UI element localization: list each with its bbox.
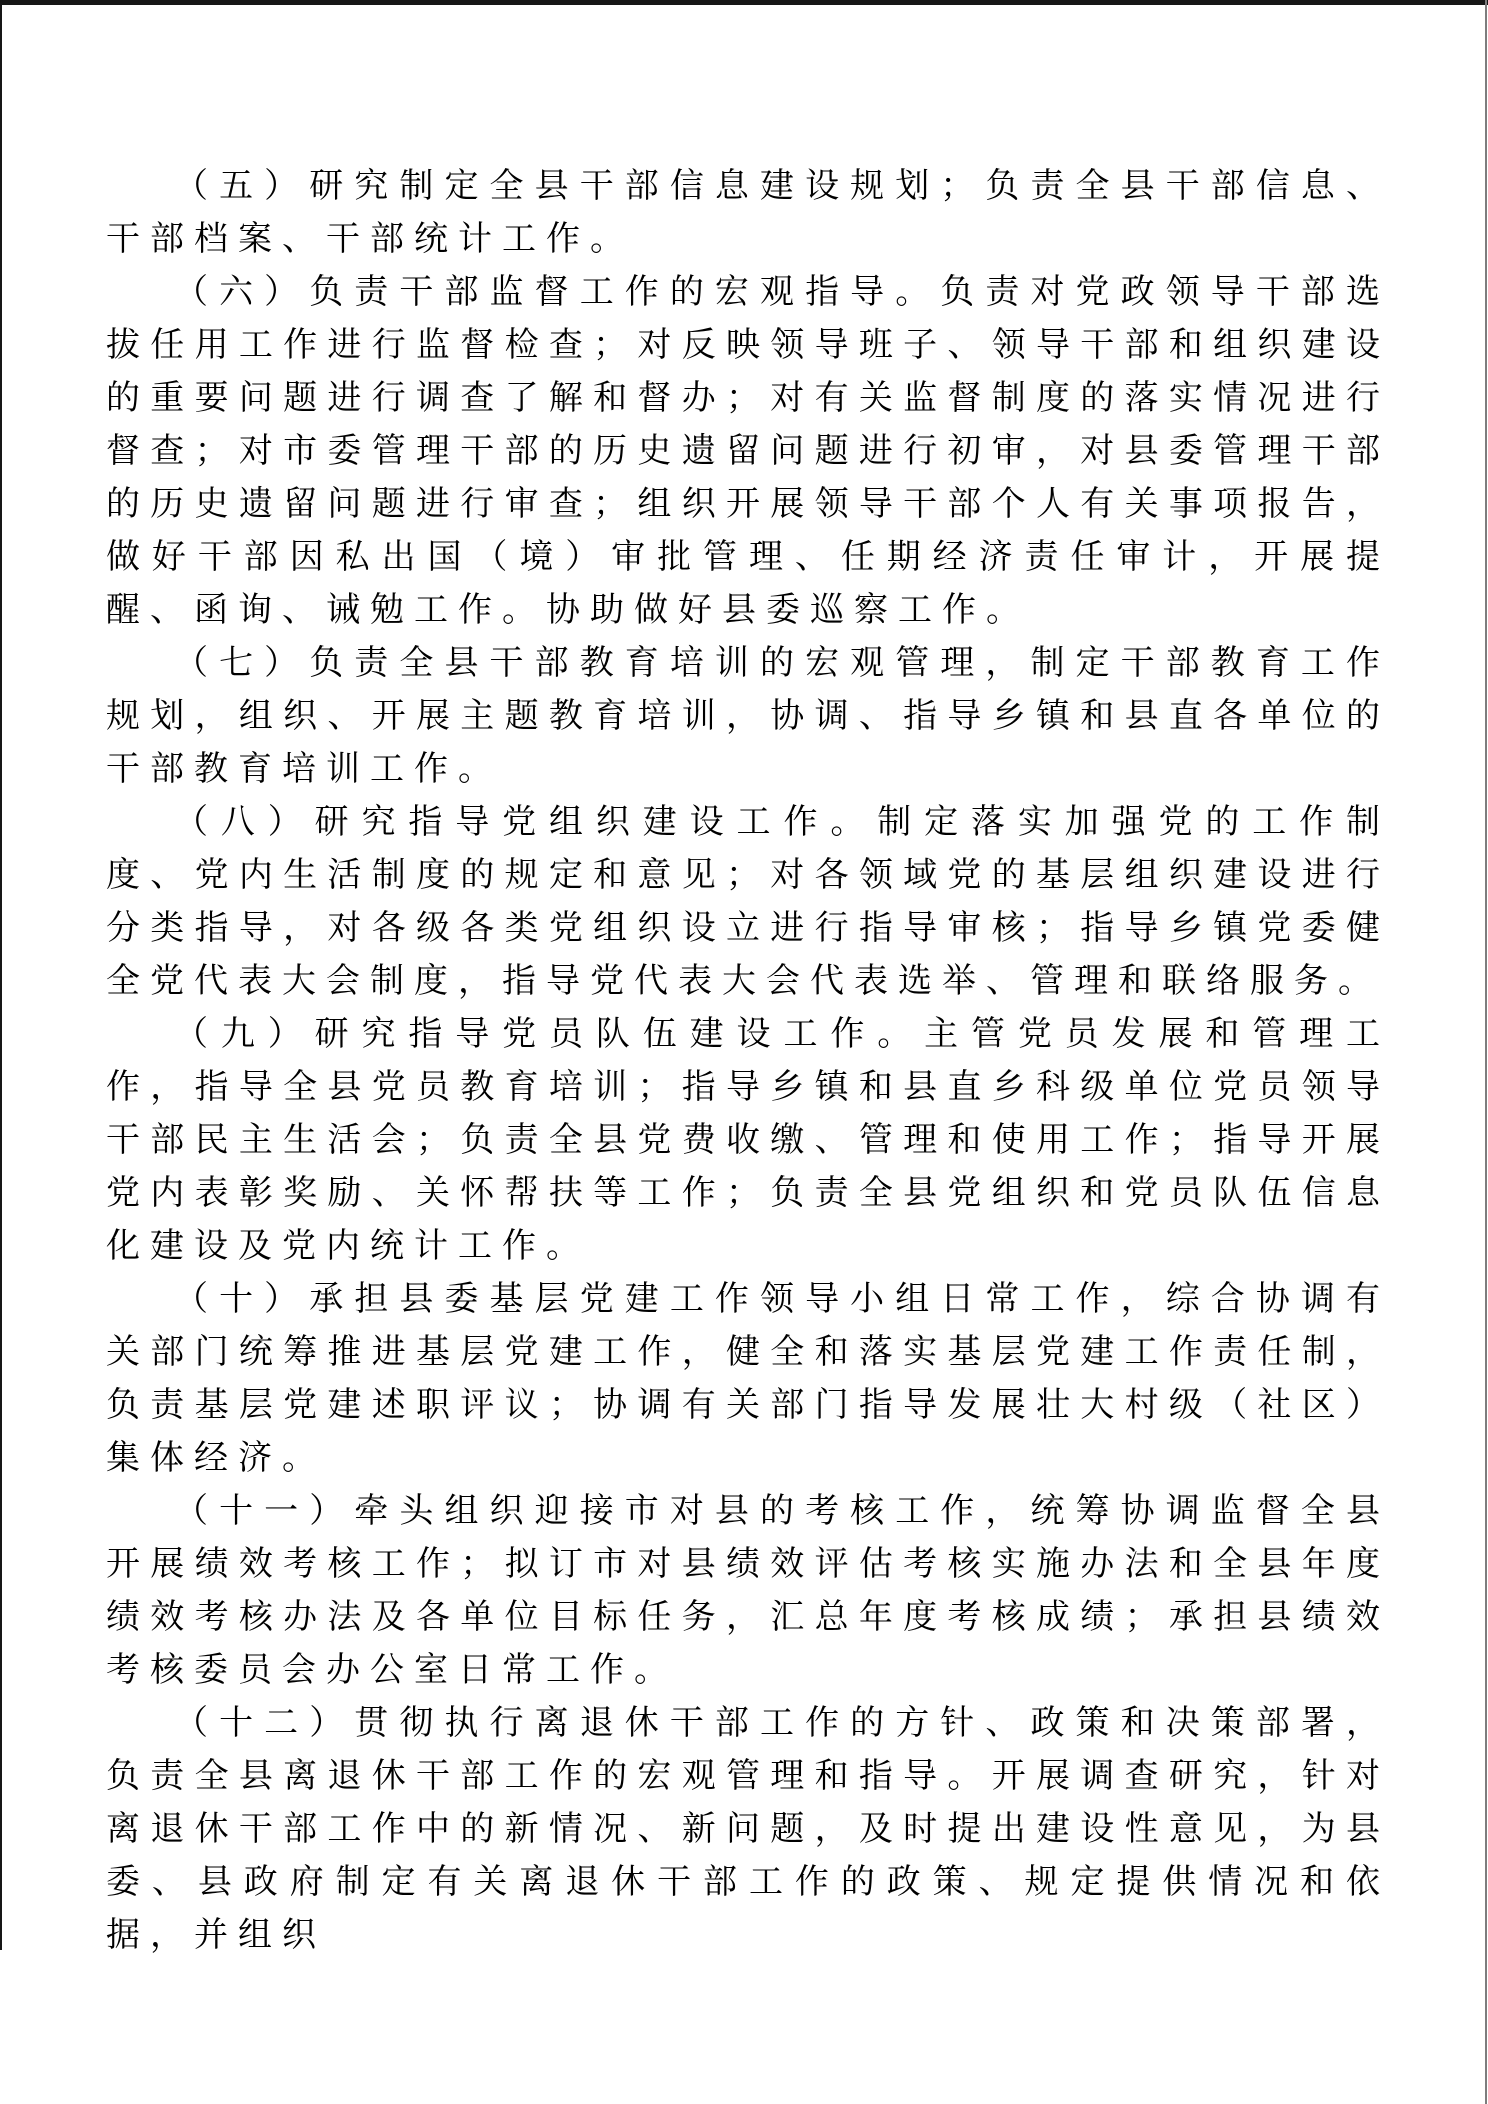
paragraph-item-11: （十一）牵头组织迎接市对县的考核工作，统筹协调监督全县开展绩效考核工作；拟订市对… [106,1485,1390,1697]
paragraph-item-8: （八）研究指导党组织建设工作。制定落实加强党的工作制度、党内生活制度的规定和意见… [106,796,1390,1008]
document-body: （五）研究制定全县干部信息建设规划；负责全县干部信息、干部档案、干部统计工作。 … [106,160,1390,1962]
paragraph-item-6: （六）负责干部监督工作的宏观指导。负责对党政领导干部选拔任用工作进行监督检查；对… [106,266,1390,637]
document-page: （五）研究制定全县干部信息建设规划；负责全县干部信息、干部档案、干部统计工作。 … [0,0,1488,2104]
page-left-edge [0,0,2,1950]
paragraph-item-10: （十）承担县委基层党建工作领导小组日常工作，综合协调有关部门统筹推进基层党建工作… [106,1273,1390,1485]
paragraph-item-9: （九）研究指导党员队伍建设工作。主管党员发展和管理工作，指导全县党员教育培训；指… [106,1008,1390,1273]
paragraph-item-7: （七）负责全县干部教育培训的宏观管理，制定干部教育工作规划，组织、开展主题教育培… [106,637,1390,796]
paragraph-item-5: （五）研究制定全县干部信息建设规划；负责全县干部信息、干部档案、干部统计工作。 [106,160,1390,266]
page-right-edge [1485,0,1487,2104]
paragraph-item-12: （十二）贯彻执行离退休干部工作的方针、政策和决策部署，负责全县离退休干部工作的宏… [106,1697,1390,1962]
page-top-edge [0,0,1488,5]
